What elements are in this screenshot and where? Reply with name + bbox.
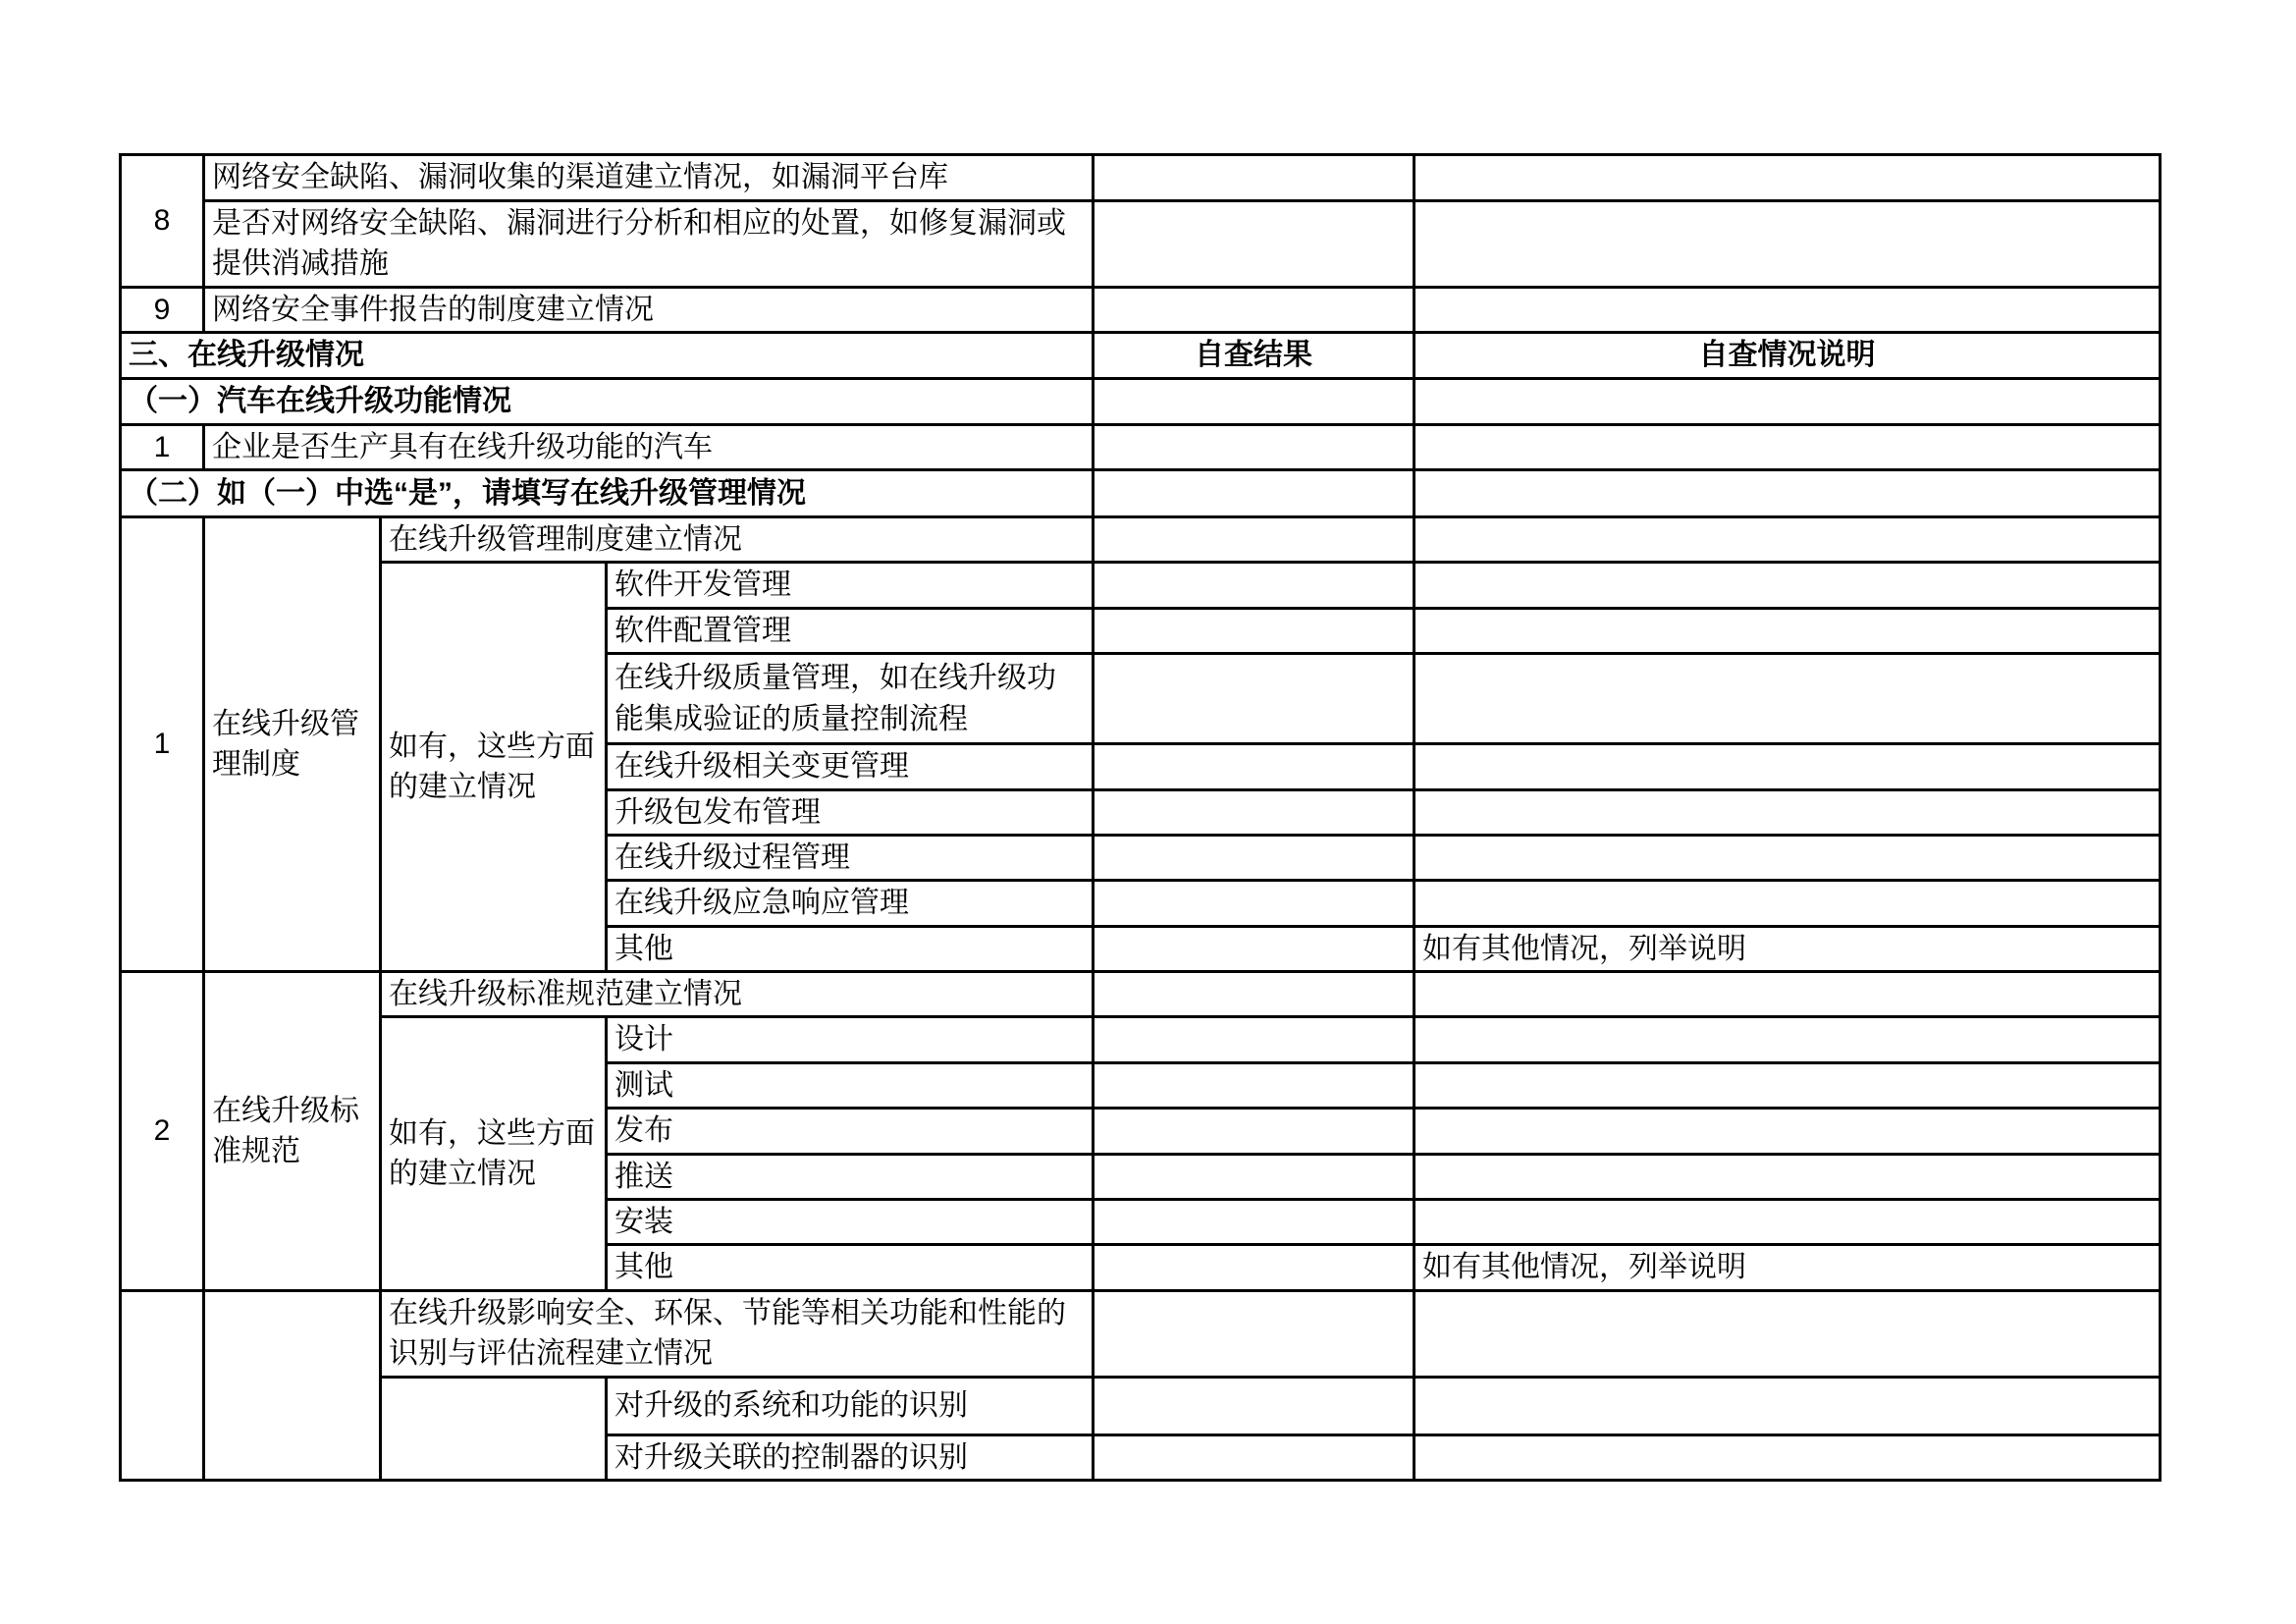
description-cell[interactable]	[1415, 972, 2161, 1017]
description-cell[interactable]	[1415, 469, 2161, 516]
aspect-label-cell	[381, 1377, 607, 1480]
description-cell[interactable]	[1415, 1154, 2161, 1199]
sub-item-cell: 发布	[607, 1109, 1094, 1154]
description-cell[interactable]	[1415, 379, 2161, 424]
column-header-description: 自查情况说明	[1415, 333, 2161, 379]
item-number-cell: 8	[121, 155, 204, 288]
item-text-cell: 网络安全事件报告的制度建立情况	[204, 287, 1094, 332]
description-cell[interactable]	[1415, 424, 2161, 469]
item-number-cell: 9	[121, 287, 204, 332]
description-cell[interactable]	[1415, 1017, 2161, 1062]
result-cell[interactable]	[1094, 287, 1415, 332]
table-row: 对升级的系统和功能的识别	[121, 1377, 2161, 1435]
result-cell[interactable]	[1094, 881, 1415, 926]
result-cell[interactable]	[1094, 155, 1415, 201]
item-text-cell: 企业是否生产具有在线升级功能的汽车	[204, 424, 1094, 469]
description-cell[interactable]	[1415, 1377, 2161, 1435]
other-note-cell: 如有其他情况，列举说明	[1415, 1245, 2161, 1290]
sub-item-cell: 在线升级质量管理，如在线升级功能集成验证的质量控制流程	[607, 654, 1094, 744]
result-cell[interactable]	[1094, 1290, 1415, 1377]
sub-item-cell: 设计	[607, 1017, 1094, 1062]
aspect-label-cell: 如有，这些方面的建立情况	[381, 563, 607, 972]
aspect-label-cell: 如有，这些方面的建立情况	[381, 1017, 607, 1290]
description-cell[interactable]	[1415, 744, 2161, 789]
result-cell[interactable]	[1094, 835, 1415, 880]
description-cell[interactable]	[1415, 1109, 2161, 1154]
result-cell[interactable]	[1094, 654, 1415, 744]
column-header-result: 自查结果	[1094, 333, 1415, 379]
result-cell[interactable]	[1094, 1109, 1415, 1154]
sub-item-cell: 在线升级应急响应管理	[607, 881, 1094, 926]
subsection-title-cell: （一）汽车在线升级功能情况	[121, 379, 1094, 424]
item-number-cell: 1	[121, 424, 204, 469]
description-cell[interactable]	[1415, 881, 2161, 926]
description-cell[interactable]	[1415, 287, 2161, 332]
sub-item-cell: 其他	[607, 1245, 1094, 1290]
result-cell[interactable]	[1094, 1062, 1415, 1108]
sub-item-cell: 安装	[607, 1200, 1094, 1245]
sub-item-cell: 对升级的系统和功能的识别	[607, 1377, 1094, 1435]
group-label-cell: 在线升级标准规范	[204, 972, 381, 1291]
result-cell[interactable]	[1094, 1017, 1415, 1062]
table-row: 1 企业是否生产具有在线升级功能的汽车	[121, 424, 2161, 469]
description-cell[interactable]	[1415, 516, 2161, 562]
group-header-cell: 在线升级影响安全、环保、节能等相关功能和性能的识别与评估流程建立情况	[381, 1290, 1094, 1377]
result-cell[interactable]	[1094, 744, 1415, 789]
table-row: 三、在线升级情况 自查结果 自查情况说明	[121, 333, 2161, 379]
sub-item-cell: 测试	[607, 1062, 1094, 1108]
table-row: 8 网络安全缺陷、漏洞收集的渠道建立情况，如漏洞平台库	[121, 155, 2161, 201]
item-text-cell: 是否对网络安全缺陷、漏洞进行分析和相应的处置，如修复漏洞或提供消减措施	[204, 201, 1094, 288]
result-cell[interactable]	[1094, 1245, 1415, 1290]
result-cell[interactable]	[1094, 469, 1415, 516]
result-cell[interactable]	[1094, 201, 1415, 288]
group-header-cell: 在线升级管理制度建立情况	[381, 516, 1094, 562]
description-cell[interactable]	[1415, 1435, 2161, 1480]
result-cell[interactable]	[1094, 1154, 1415, 1199]
self-inspection-table-wrapper: 8 网络安全缺陷、漏洞收集的渠道建立情况，如漏洞平台库 是否对网络安全缺陷、漏洞…	[119, 153, 2162, 1482]
result-cell[interactable]	[1094, 1200, 1415, 1245]
item-text-cell: 网络安全缺陷、漏洞收集的渠道建立情况，如漏洞平台库	[204, 155, 1094, 201]
table-row: 是否对网络安全缺陷、漏洞进行分析和相应的处置，如修复漏洞或提供消减措施	[121, 201, 2161, 288]
result-cell[interactable]	[1094, 926, 1415, 971]
result-cell[interactable]	[1094, 1377, 1415, 1435]
result-cell[interactable]	[1094, 516, 1415, 562]
description-cell[interactable]	[1415, 201, 2161, 288]
table-row: （二）如（一）中选“是”，请填写在线升级管理情况	[121, 469, 2161, 516]
group-number-cell: 1	[121, 516, 204, 971]
group-number-cell	[121, 1290, 204, 1480]
other-note-cell: 如有其他情况，列举说明	[1415, 926, 2161, 971]
table-row: 9 网络安全事件报告的制度建立情况	[121, 287, 2161, 332]
section-title-cell: 三、在线升级情况	[121, 333, 1094, 379]
result-cell[interactable]	[1094, 379, 1415, 424]
sub-item-cell: 软件配置管理	[607, 608, 1094, 653]
table-row: 2 在线升级标准规范 在线升级标准规范建立情况	[121, 972, 2161, 1017]
description-cell[interactable]	[1415, 835, 2161, 880]
table-row: 1 在线升级管理制度 在线升级管理制度建立情况	[121, 516, 2161, 562]
group-label-cell	[204, 1290, 381, 1480]
table-row: 如有，这些方面的建立情况 设计	[121, 1017, 2161, 1062]
table-row: 在线升级影响安全、环保、节能等相关功能和性能的识别与评估流程建立情况	[121, 1290, 2161, 1377]
sub-item-cell: 软件开发管理	[607, 563, 1094, 608]
sub-item-cell: 在线升级相关变更管理	[607, 744, 1094, 789]
result-cell[interactable]	[1094, 789, 1415, 835]
sub-item-cell: 推送	[607, 1154, 1094, 1199]
sub-item-cell: 在线升级过程管理	[607, 835, 1094, 880]
group-number-cell: 2	[121, 972, 204, 1291]
result-cell[interactable]	[1094, 563, 1415, 608]
description-cell[interactable]	[1415, 1290, 2161, 1377]
sub-item-cell: 升级包发布管理	[607, 789, 1094, 835]
description-cell[interactable]	[1415, 563, 2161, 608]
description-cell[interactable]	[1415, 654, 2161, 744]
table-row: （一）汽车在线升级功能情况	[121, 379, 2161, 424]
description-cell[interactable]	[1415, 1062, 2161, 1108]
result-cell[interactable]	[1094, 608, 1415, 653]
group-header-cell: 在线升级标准规范建立情况	[381, 972, 1094, 1017]
description-cell[interactable]	[1415, 1200, 2161, 1245]
result-cell[interactable]	[1094, 424, 1415, 469]
result-cell[interactable]	[1094, 1435, 1415, 1480]
subsection-title-cell: （二）如（一）中选“是”，请填写在线升级管理情况	[121, 469, 1094, 516]
table-row: 如有，这些方面的建立情况 软件开发管理	[121, 563, 2161, 608]
sub-item-cell: 其他	[607, 926, 1094, 971]
description-cell[interactable]	[1415, 155, 2161, 201]
self-inspection-table: 8 网络安全缺陷、漏洞收集的渠道建立情况，如漏洞平台库 是否对网络安全缺陷、漏洞…	[119, 153, 2162, 1482]
description-cell[interactable]	[1415, 789, 2161, 835]
description-cell[interactable]	[1415, 608, 2161, 653]
result-cell[interactable]	[1094, 972, 1415, 1017]
sub-item-cell: 对升级关联的控制器的识别	[607, 1435, 1094, 1480]
group-label-cell: 在线升级管理制度	[204, 516, 381, 971]
